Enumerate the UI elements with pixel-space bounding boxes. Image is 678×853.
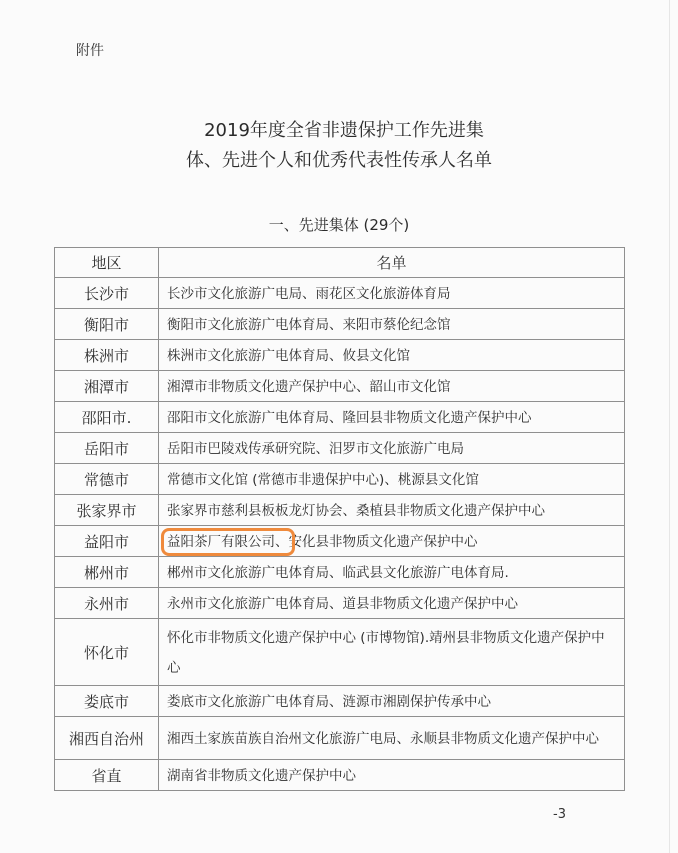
names-cell: 湘潭市非物质文化遗产保护中心、韶山市文化馆 — [159, 371, 625, 402]
names-cell: 岳阳市巴陵戏传承研究院、汨罗市文化旅游广电局 — [159, 433, 625, 464]
page-number: -3 — [553, 807, 566, 822]
table-row: 怀化市 怀化市非物质文化遗产保护中心 (市博物馆).靖州县非物质文化遗产保护中心 — [55, 619, 625, 686]
table-header-row: 地区 名单 — [55, 248, 625, 278]
highlight-box: 益阳茶厂有限公司、 — [167, 534, 289, 550]
region-cell: 娄底市 — [55, 686, 159, 717]
names-cell: 怀化市非物质文化遗产保护中心 (市博物馆).靖州县非物质文化遗产保护中心 — [159, 619, 625, 686]
table-row: 娄底市 娄底市文化旅游广电体育局、涟源市湘剧保护传承中心 — [55, 686, 625, 717]
table-row: 永州市 永州市文化旅游广电体育局、道县非物质文化遗产保护中心 — [55, 588, 625, 619]
header-names: 名单 — [159, 248, 625, 278]
attachment-label: 附件 — [76, 40, 104, 60]
names-cell: 邵阳市文化旅游广电体育局、隆回县非物质文化遗产保护中心 — [159, 402, 625, 433]
names-cell: 张家界市慈利县板板龙灯协会、桑植县非物质文化遗产保护中心 — [159, 495, 625, 526]
names-rest: 安化县非物质文化遗产保护中心 — [289, 534, 478, 550]
region-cell: 郴州市 — [55, 557, 159, 588]
region-cell: 岳阳市 — [55, 433, 159, 464]
document-title: 2019年度全省非遗保护工作先进集 体、先进个人和优秀代表性传承人名单 — [0, 116, 678, 176]
names-cell: 郴州市文化旅游广电体育局、临武县文化旅游广电体育局. — [159, 557, 625, 588]
names-cell: 株洲市文化旅游广电体育局、攸县文化馆 — [159, 340, 625, 371]
region-cell: 常德市 — [55, 464, 159, 495]
region-cell: 湘西自治州 — [55, 717, 159, 760]
region-cell: 张家界市 — [55, 495, 159, 526]
table-row: 张家界市 张家界市慈利县板板龙灯协会、桑植县非物质文化遗产保护中心 — [55, 495, 625, 526]
table-row: 衡阳市 衡阳市文化旅游广电体育局、来阳市蔡伦纪念馆 — [55, 309, 625, 340]
table-row: 邵阳市. 邵阳市文化旅游广电体育局、隆回县非物质文化遗产保护中心 — [55, 402, 625, 433]
table-row: 湘西自治州 湘西土家族苗族自治州文化旅游广电局、永顺县非物质文化遗产保护中心 — [55, 717, 625, 760]
region-cell: 衡阳市 — [55, 309, 159, 340]
table-row: 岳阳市 岳阳市巴陵戏传承研究院、汨罗市文化旅游广电局 — [55, 433, 625, 464]
title-line-2: 体、先进个人和优秀代表性传承人名单 — [0, 146, 678, 176]
table-row-highlighted: 益阳市 益阳茶厂有限公司、安化县非物质文化遗产保护中心 — [55, 526, 625, 557]
names-cell: 常德市文化馆 (常德市非遗保护中心)、桃源县文化馆 — [159, 464, 625, 495]
header-region: 地区 — [55, 248, 159, 278]
names-cell: 永州市文化旅游广电体育局、道县非物质文化遗产保护中心 — [159, 588, 625, 619]
names-cell: 娄底市文化旅游广电体育局、涟源市湘剧保护传承中心 — [159, 686, 625, 717]
names-cell: 湖南省非物质文化遗产保护中心 — [159, 760, 625, 791]
table-row: 常德市 常德市文化馆 (常德市非遗保护中心)、桃源县文化馆 — [55, 464, 625, 495]
title-line-1: 2019年度全省非遗保护工作先进集 — [0, 116, 678, 146]
region-cell: 怀化市 — [55, 619, 159, 686]
names-cell: 益阳茶厂有限公司、安化县非物质文化遗产保护中心 — [159, 526, 625, 557]
region-cell: 省直 — [55, 760, 159, 791]
region-cell: 邵阳市. — [55, 402, 159, 433]
region-cell: 永州市 — [55, 588, 159, 619]
table-row: 省直 湖南省非物质文化遗产保护中心 — [55, 760, 625, 791]
section-heading: 一、先进集体 (29个) — [0, 214, 678, 235]
region-cell: 湘潭市 — [55, 371, 159, 402]
names-cell: 湘西土家族苗族自治州文化旅游广电局、永顺县非物质文化遗产保护中心 — [159, 717, 625, 760]
region-cell: 长沙市 — [55, 278, 159, 309]
table-row: 长沙市 长沙市文化旅游广电局、雨花区文化旅游体育局 — [55, 278, 625, 309]
table-row: 湘潭市 湘潭市非物质文化遗产保护中心、韶山市文化馆 — [55, 371, 625, 402]
names-cell: 长沙市文化旅游广电局、雨花区文化旅游体育局 — [159, 278, 625, 309]
table-row: 株洲市 株洲市文化旅游广电体育局、攸县文化馆 — [55, 340, 625, 371]
region-cell: 益阳市 — [55, 526, 159, 557]
names-cell: 衡阳市文化旅游广电体育局、来阳市蔡伦纪念馆 — [159, 309, 625, 340]
region-cell: 株洲市 — [55, 340, 159, 371]
table-row: 郴州市 郴州市文化旅游广电体育局、临武县文化旅游广电体育局. — [55, 557, 625, 588]
advanced-collectives-table: 地区 名单 长沙市 长沙市文化旅游广电局、雨花区文化旅游体育局 衡阳市 衡阳市文… — [54, 247, 625, 791]
